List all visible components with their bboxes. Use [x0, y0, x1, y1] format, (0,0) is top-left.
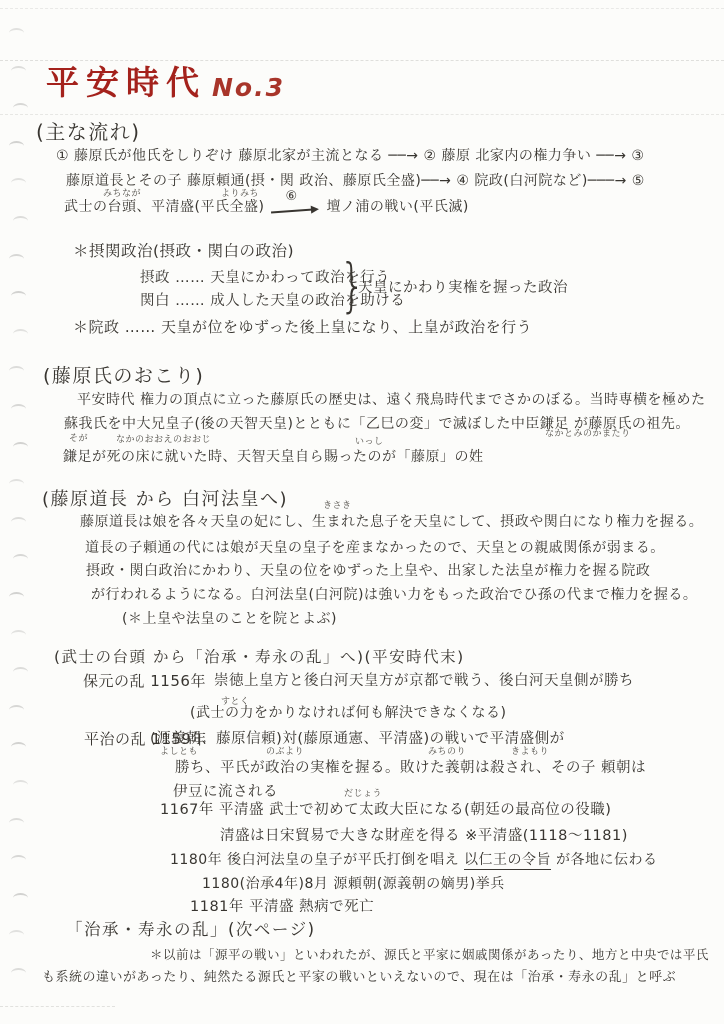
ruled-line	[0, 114, 724, 115]
binding-hole-icon	[11, 968, 26, 978]
sekkan-title: ＊摂関政治(摂政・関白の政治)	[73, 242, 294, 261]
binding-rail	[0, 0, 40, 1024]
binding-hole-icon	[13, 780, 28, 790]
event-1180b: 1180(治承4年)8月 源頼朝(源義朝の嫡男)挙兵	[202, 876, 505, 894]
binding-hole-icon	[13, 329, 28, 339]
furigana-isshi: いっし	[355, 438, 384, 447]
furigana-michinori: みちのり	[428, 748, 466, 757]
event-1167-note: 清盛は日宋貿易で大きな財産を得る ※平清盛(1118〜1181)	[220, 827, 628, 845]
flow-line-2: 藤原道長とその子 藤原頼通(摂・関 政治、藤原氏全盛)──→ ④ 院政(白河院な…	[66, 173, 645, 191]
furigana-yoshitomo: よしとも	[160, 748, 198, 757]
jisho-heading: 「治承・寿永の乱」(次ページ)	[66, 920, 316, 941]
binding-hole-icon	[13, 442, 28, 452]
binding-hole-icon	[9, 479, 24, 489]
furigana-kisaki: きさき	[323, 502, 352, 511]
michinaga-note: (＊上皇や法皇のことを院とよぶ)	[122, 611, 337, 629]
binding-hole-icon	[11, 178, 26, 188]
michinaga-line-3: 摂政・関白政治にかわり、天皇の位をゆずった上皇や、出家した法皇が権力を握る院政	[86, 563, 650, 581]
brace-note: 天皇にかわり実権を握った政治	[358, 279, 568, 297]
flow-line-3-text: 壇ノ浦の戦い(平氏滅)	[326, 199, 468, 217]
page-number: No.3	[212, 72, 285, 103]
event-1180-post: が各地に伝わる	[551, 852, 657, 868]
heiji-text: (源義朝、藤原信頼)対(藤原通憲、平清盛)の戦いで平清盛側が	[150, 730, 565, 748]
binding-hole-icon	[13, 103, 28, 113]
event-1180-pre: 1180年 後白河法皇の皇子が平氏打倒を唱え	[170, 852, 464, 868]
hogen-label: 保元の乱 1156年	[83, 672, 206, 691]
binding-hole-icon	[9, 930, 24, 940]
binding-hole-icon	[9, 141, 24, 151]
jisho-line-2: も系統の違いがあったり、純然たる源氏と平家の戦いといえないので、現在は「治承・寿…	[42, 970, 676, 986]
binding-hole-icon	[9, 28, 24, 38]
binding-hole-icon	[11, 517, 26, 527]
furigana-nakanooe: なかのおおえのおおじ	[116, 436, 211, 445]
binding-hole-icon	[9, 705, 24, 715]
heiji-line-2: 勝ち、平氏が政治の実権を握る。敗けた義朝は殺され、その子 頼朝は	[175, 759, 646, 777]
hogen-text: 崇徳上皇方と後白河天皇方が京都で戦う、後白河天皇側が勝ち	[214, 672, 634, 690]
furigana-kamatari: なかとみのかまたり	[545, 430, 631, 439]
flow-line-3-text: 武士の台頭、平清盛(平氏全盛)	[64, 199, 264, 217]
furigana-nobuyori: のぶより	[266, 748, 304, 757]
furigana-michinaga: みちなが	[103, 190, 141, 199]
binding-hole-icon	[9, 592, 24, 602]
hogen-note: (武士の力をかりなければ何も解決できなくなる)	[190, 705, 506, 723]
binding-hole-icon	[11, 404, 26, 414]
insei-line: ＊院政 …… 天皇が位をゆずった後上皇になり、上皇が政治を行う	[73, 318, 532, 337]
binding-hole-icon	[13, 893, 28, 903]
furigana-kiyomori: きよもり	[511, 748, 549, 757]
page-title: 平安時代	[46, 62, 206, 103]
binding-hole-icon	[11, 630, 26, 640]
notebook-page: 平安時代 No.3 (主な流れ) ① 藤原氏が他氏をしりぞけ 藤原北家が主流とな…	[0, 0, 724, 1024]
binding-hole-icon	[13, 216, 28, 226]
flow-heading: (主な流れ)	[36, 120, 141, 145]
binding-hole-icon	[9, 254, 24, 264]
furigana-yorimichi: よりみち	[221, 190, 259, 199]
flow-line-1: ① 藤原氏が他氏をしりぞけ 藤原北家が主流となる ──→ ② 藤原 北家内の権力…	[56, 148, 644, 166]
origin-heading: (藤原氏のおこり)	[43, 365, 204, 389]
jisho-line-1: ＊以前は「源平の戦い」といわれたが、源氏と平家に姻戚関係があったり、地方と中央で…	[150, 947, 709, 963]
furigana-dajo: だじょう	[344, 790, 382, 799]
bushi-heading: (武士の台頭 から「治承・寿永の乱」へ)(平安時代末)	[54, 648, 465, 667]
origin-line-1: 平安時代 権力の頂点に立った藤原氏の歴史は、遠く飛鳥時代までさかのぼる。当時専横…	[77, 392, 705, 410]
ruled-line	[0, 60, 724, 61]
circled-six: ⑥	[285, 189, 297, 205]
event-1180: 1180年 後白河法皇の皇子が平氏打倒を唱え 以仁王の令旨 が各地に伝わる	[170, 852, 657, 870]
binding-hole-icon	[9, 366, 24, 376]
michinaga-line-1: 藤原道長は娘を各々天皇の妃にし、生まれた息子を天皇にして、摂政や関白になり権力を…	[80, 514, 703, 532]
binding-hole-icon	[11, 855, 26, 865]
origin-line-3: 鎌足が死の床に就いた時、天智天皇自ら賜ったのが「藤原」の姓	[63, 449, 484, 467]
arrow-right-icon: ⑥	[269, 200, 321, 216]
binding-hole-icon	[11, 66, 26, 76]
heiji-line-3: 伊豆に流される	[173, 783, 278, 801]
michinaga-line-2: 道長の子頼通の代には娘が天皇の皇子を産まなかったので、天皇との親戚関係が弱まる。	[85, 540, 665, 558]
michinaga-heading: (藤原道長 から 白河法皇へ)	[42, 489, 288, 512]
ruled-line	[0, 8, 724, 9]
event-1167: 1167年 平清盛 武士で初めて太政大臣になる(朝廷の最高位の役職)	[160, 801, 611, 819]
furigana-soga: そが	[69, 435, 88, 444]
binding-hole-icon	[9, 818, 24, 828]
event-1181: 1181年 平清盛 熱病で死亡	[190, 898, 374, 916]
binding-hole-icon	[13, 667, 28, 677]
flow-line-3: 武士の台頭、平清盛(平氏全盛) ⑥ 壇ノ浦の戦い(平氏滅)	[64, 199, 469, 217]
binding-hole-icon	[13, 554, 28, 564]
furigana-sutoku: すとく	[221, 698, 250, 707]
michinaga-line-4: が行われるようになる。白河法皇(白河院)は強い力をもった政治でひ孫の代まで権力を…	[91, 587, 697, 605]
binding-hole-icon	[11, 291, 26, 301]
event-1180-underlined: 以仁王の令旨	[464, 852, 551, 870]
binding-hole-icon	[11, 742, 26, 752]
